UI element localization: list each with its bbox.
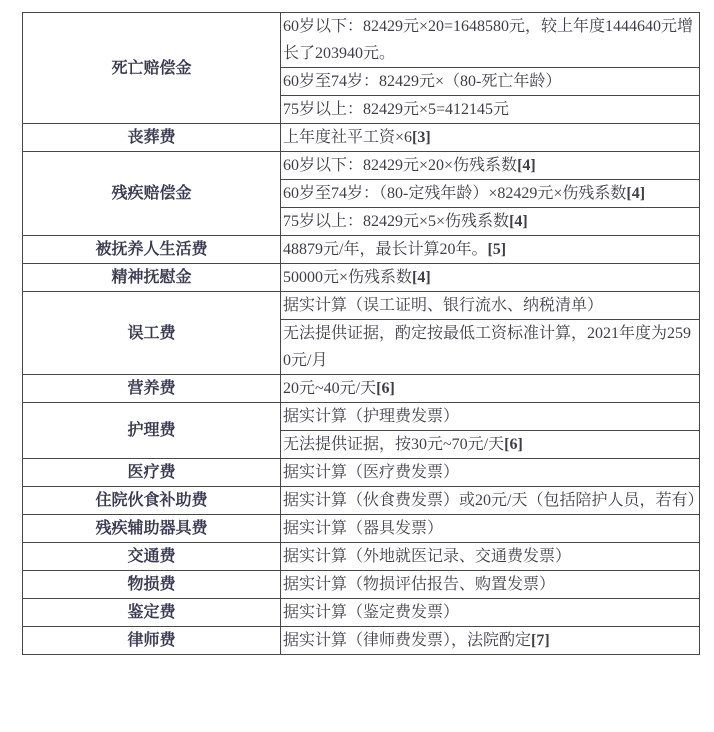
footnote-ref: [6] xyxy=(504,436,523,453)
detail-text: 据实计算（护理费发票） xyxy=(283,408,459,425)
detail-text: 据实计算（医疗费发票） xyxy=(283,464,459,481)
table-row: 医疗费据实计算（医疗费发票） xyxy=(23,459,700,487)
item-label-cell: 精神抚慰金 xyxy=(23,264,281,292)
item-label-cell: 护理费 xyxy=(23,403,281,459)
item-label-cell: 物损费 xyxy=(23,571,281,599)
detail-cell: 60岁至74岁：82429元×（80-死亡年龄） xyxy=(281,68,700,96)
compensation-table-body: 死亡赔偿金60岁以下：82429元×20=1648580元，较上年度144464… xyxy=(23,13,700,655)
detail-text: 据实计算（器具发票） xyxy=(283,520,443,537)
footnote-ref: [6] xyxy=(376,380,395,397)
table-row: 丧葬费上年度社平工资×6[3] xyxy=(23,124,700,152)
detail-cell: 75岁以上：82429元×5=412145元 xyxy=(281,96,700,124)
footnote-ref: [4] xyxy=(626,185,645,202)
detail-cell: 60岁以下：82429元×20×伤残系数[4] xyxy=(281,152,700,180)
table-row: 物损费据实计算（物损评估报告、购置发票） xyxy=(23,571,700,599)
detail-cell: 60岁以下：82429元×20=1648580元，较上年度1444640元增长了… xyxy=(281,13,700,68)
table-row: 精神抚慰金50000元×伤残系数[4] xyxy=(23,264,700,292)
item-label-cell: 鉴定费 xyxy=(23,599,281,627)
item-label-cell: 律师费 xyxy=(23,627,281,655)
detail-cell: 60岁至74岁：（80-定残年龄）×82429元×伤残系数[4] xyxy=(281,180,700,208)
detail-text: 上年度社平工资×6 xyxy=(283,129,412,146)
table-row: 残疾赔偿金60岁以下：82429元×20×伤残系数[4] xyxy=(23,152,700,180)
detail-text: 无法提供证据，按30元~70元/天 xyxy=(283,436,504,453)
item-label-cell: 残疾赔偿金 xyxy=(23,152,281,236)
detail-cell: 据实计算（外地就医记录、交通费发票） xyxy=(281,543,700,571)
footnote-ref: [4] xyxy=(517,157,536,174)
table-row: 被抚养人生活费48879元/年，最长计算20年。[5] xyxy=(23,236,700,264)
detail-text: 75岁以上：82429元×5=412145元 xyxy=(283,101,509,118)
detail-text: 60岁至74岁：（80-定残年龄）×82429元×伤残系数 xyxy=(283,185,626,202)
footnote-ref: [3] xyxy=(412,129,431,146)
detail-text: 据实计算（鉴定费发票） xyxy=(283,604,459,621)
detail-text: 50000元×伤残系数 xyxy=(283,269,412,286)
compensation-table-wrap: 死亡赔偿金60岁以下：82429元×20=1648580元，较上年度144464… xyxy=(22,12,700,655)
detail-cell: 无法提供证据，按30元~70元/天[6] xyxy=(281,431,700,459)
footnote-ref: [5] xyxy=(487,241,506,258)
detail-cell: 20元~40元/天[6] xyxy=(281,375,700,403)
detail-cell: 无法提供证据，酌定按最低工资标准计算，2021年度为2590元/月 xyxy=(281,320,700,375)
item-label-cell: 医疗费 xyxy=(23,459,281,487)
detail-cell: 据实计算（伙食费发票）或20元/天（包括陪护人员，若有） xyxy=(281,487,700,515)
detail-cell: 据实计算（误工证明、银行流水、纳税清单） xyxy=(281,292,700,320)
detail-text: 据实计算（物损评估报告、购置发票） xyxy=(283,576,555,593)
table-row: 营养费20元~40元/天[6] xyxy=(23,375,700,403)
compensation-table: 死亡赔偿金60岁以下：82429元×20=1648580元，较上年度144464… xyxy=(22,12,700,655)
footnote-ref: [4] xyxy=(509,213,528,230)
detail-cell: 上年度社平工资×6[3] xyxy=(281,124,700,152)
table-row: 死亡赔偿金60岁以下：82429元×20=1648580元，较上年度144464… xyxy=(23,13,700,68)
item-label-cell: 丧葬费 xyxy=(23,124,281,152)
detail-cell: 据实计算（器具发票） xyxy=(281,515,700,543)
table-row: 护理费据实计算（护理费发票） xyxy=(23,403,700,431)
detail-cell: 据实计算（物损评估报告、购置发票） xyxy=(281,571,700,599)
item-label-cell: 死亡赔偿金 xyxy=(23,13,281,124)
detail-text: 48879元/年，最长计算20年。 xyxy=(283,241,487,258)
detail-cell: 48879元/年，最长计算20年。[5] xyxy=(281,236,700,264)
detail-text: 60岁至74岁：82429元×（80-死亡年龄） xyxy=(283,73,561,90)
table-row: 鉴定费据实计算（鉴定费发票） xyxy=(23,599,700,627)
detail-cell: 据实计算（律师费发票），法院酌定[7] xyxy=(281,627,700,655)
detail-cell: 75岁以上：82429元×5×伤残系数[4] xyxy=(281,208,700,236)
item-label-cell: 残疾辅助器具费 xyxy=(23,515,281,543)
detail-text: 60岁以下：82429元×20×伤残系数 xyxy=(283,157,517,174)
detail-cell: 50000元×伤残系数[4] xyxy=(281,264,700,292)
item-label-cell: 交通费 xyxy=(23,543,281,571)
detail-text: 据实计算（误工证明、银行流水、纳税清单） xyxy=(283,297,603,314)
item-label-cell: 误工费 xyxy=(23,292,281,375)
detail-text: 据实计算（外地就医记录、交通费发票） xyxy=(283,548,571,565)
footnote-ref: [4] xyxy=(412,269,431,286)
table-row: 误工费据实计算（误工证明、银行流水、纳税清单） xyxy=(23,292,700,320)
detail-cell: 据实计算（医疗费发票） xyxy=(281,459,700,487)
page: { "colors": { "text": "#3e3e48", "label_… xyxy=(0,0,714,732)
detail-text: 据实计算（律师费发票），法院酌定 xyxy=(283,632,531,649)
detail-text: 据实计算（伙食费发票）或20元/天（包括陪护人员，若有） xyxy=(283,492,703,509)
table-row: 住院伙食补助费据实计算（伙食费发票）或20元/天（包括陪护人员，若有） xyxy=(23,487,700,515)
detail-cell: 据实计算（鉴定费发票） xyxy=(281,599,700,627)
table-row: 律师费据实计算（律师费发票），法院酌定[7] xyxy=(23,627,700,655)
detail-text: 20元~40元/天 xyxy=(283,380,376,397)
detail-text: 60岁以下：82429元×20=1648580元，较上年度1444640元增长了… xyxy=(283,18,693,62)
table-row: 残疾辅助器具费据实计算（器具发票） xyxy=(23,515,700,543)
table-row: 交通费据实计算（外地就医记录、交通费发票） xyxy=(23,543,700,571)
footnote-ref: [7] xyxy=(531,632,550,649)
item-label-cell: 住院伙食补助费 xyxy=(23,487,281,515)
detail-cell: 据实计算（护理费发票） xyxy=(281,403,700,431)
detail-text: 75岁以上：82429元×5×伤残系数 xyxy=(283,213,509,230)
detail-text: 无法提供证据，酌定按最低工资标准计算，2021年度为2590元/月 xyxy=(283,325,691,369)
item-label-cell: 被抚养人生活费 xyxy=(23,236,281,264)
item-label-cell: 营养费 xyxy=(23,375,281,403)
